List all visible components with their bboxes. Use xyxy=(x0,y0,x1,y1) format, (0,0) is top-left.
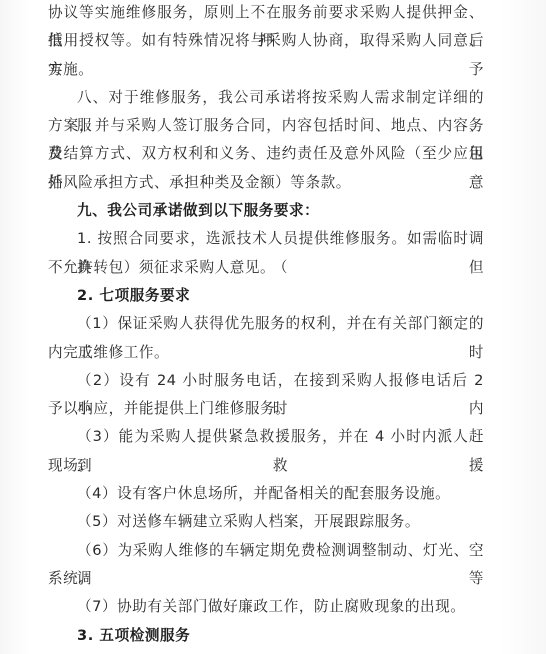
service-item-2: （2）设有 24 小时服务电话，在接到采购人报修电话后 2 小时内 xyxy=(48,367,484,395)
subheading-five-inspections: 3. 五项检测服务 xyxy=(48,622,484,650)
section-8-line: 八、对于维修服务，我公司承诺将按采购人需求制定详细的服务 xyxy=(48,84,484,112)
paragraph-line: 信用授权等。如有特殊情况将与采购人协商，取得采购人同意后方予 xyxy=(48,27,484,55)
section-9-heading: 九、我公司承诺做到以下服务要求： xyxy=(48,197,484,225)
subheading-seven-services: 2. 七项服务要求 xyxy=(48,282,484,310)
service-item-4: （4）设有客户休息场所，并配备相关的配套服务设施。 xyxy=(48,480,484,508)
document-page: 协议等实施维修服务，原则上不在服务前要求采购人提供押金、抵押、 信用授权等。如有… xyxy=(0,0,546,654)
service-item-1: （1）保证采购人获得优先服务的权利，并在有关部门额定的工时 xyxy=(48,310,484,338)
document-body: 协议等实施维修服务，原则上不在服务前要求采购人提供押金、抵押、 信用授权等。如有… xyxy=(48,0,484,650)
paragraph-line: 及结算方式、双方权利和义务、违约责任及意外风险（至少应包括意 xyxy=(48,140,484,168)
service-item-6: （6）为采购人维修的车辆定期免费检测调整制动、灯光、空调等 xyxy=(48,537,484,565)
service-item-3: （3）能为采购人提供紧急救援服务，并在 4 小时内派人赶到救援 xyxy=(48,423,484,451)
service-item-5: （5）对送修车辆建立采购人档案，开展跟踪服务。 xyxy=(48,508,484,536)
service-item-7: （7）协助有关部门做好廉政工作，防止腐败现象的出现。 xyxy=(48,593,484,621)
item-1-line: 1. 按照合同要求，选派技术人员提供维修服务。如需临时调换（但 xyxy=(48,225,484,253)
paragraph-line: 方案，并与采购人签订服务合同，内容包括时间、地点、内容、费用 xyxy=(48,112,484,140)
paragraph-line: 协议等实施维修服务，原则上不在服务前要求采购人提供押金、抵押、 xyxy=(48,0,484,27)
